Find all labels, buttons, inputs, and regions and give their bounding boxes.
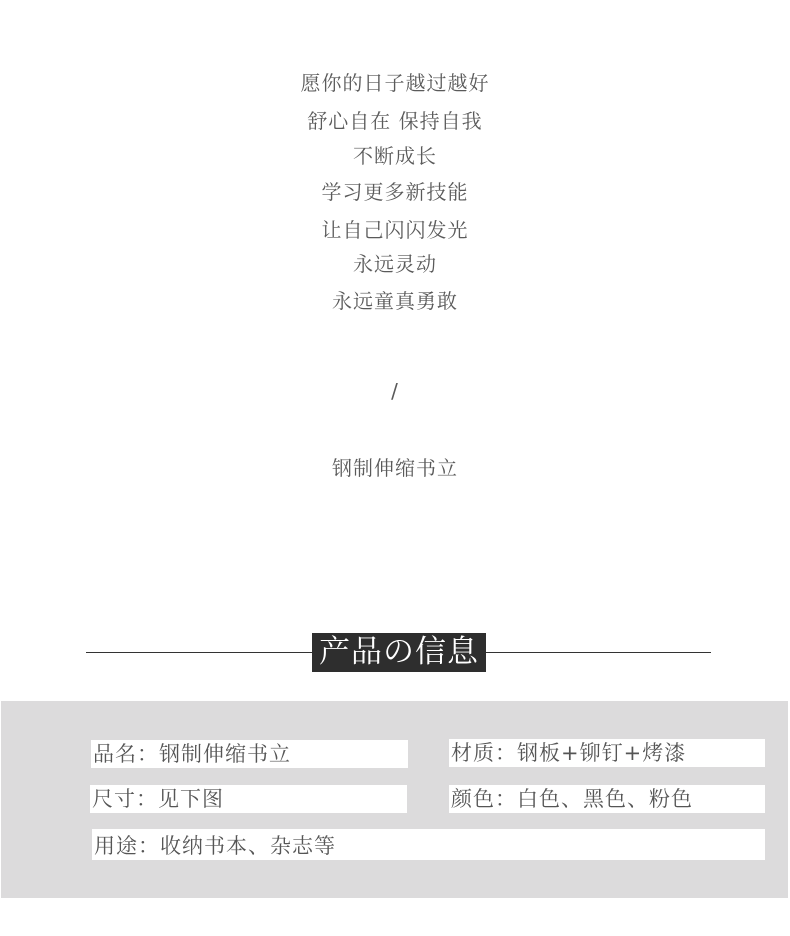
- info-size: 尺寸：见下图: [90, 785, 407, 813]
- poem-line-4: 学习更多新技能: [0, 180, 790, 204]
- poem-line-3: 不断成长: [0, 144, 790, 168]
- poem-line-2: 舒心自在 保持自我: [0, 109, 790, 133]
- product-name-heading: 钢制伸缩书立: [0, 456, 790, 480]
- poem-line-1: 愿你的日子越过越好: [0, 71, 790, 95]
- section-title: 产品の信息: [312, 633, 486, 672]
- title-rule-left: [86, 652, 312, 653]
- title-rule-right: [486, 652, 711, 653]
- info-usage: 用途：收纳书本、杂志等: [92, 829, 765, 860]
- poem-divider: /: [0, 379, 790, 403]
- info-material: 材质：钢板+铆钉+烤漆: [449, 739, 765, 767]
- info-color: 颜色：白色、黑色、粉色: [449, 785, 765, 813]
- poem-line-5: 让自己闪闪发光: [0, 218, 790, 242]
- poem-line-7: 永远童真勇敢: [0, 289, 790, 313]
- info-product-name: 品名：钢制伸缩书立: [91, 740, 408, 768]
- poem-line-6: 永远灵动: [0, 252, 790, 276]
